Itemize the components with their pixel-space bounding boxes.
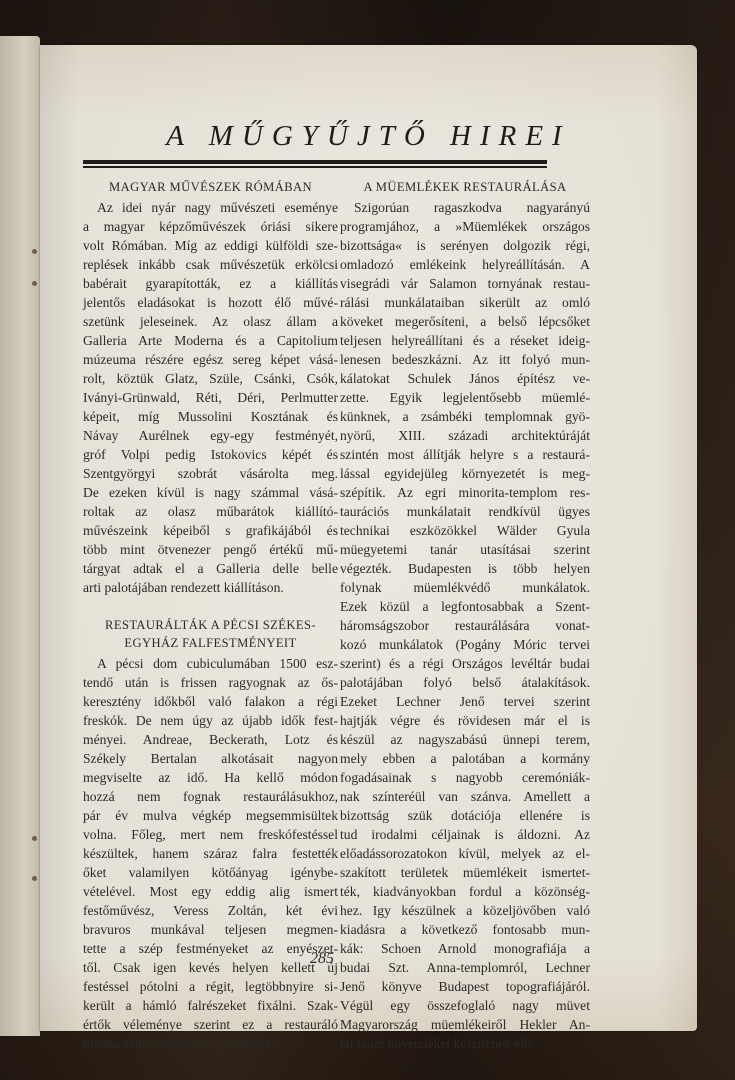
text-line: szerint) és a régi Országos levéltár bud…: [340, 654, 590, 673]
text-line: keresztény időkből való falakon a régi: [83, 692, 338, 711]
text-line: omladozó emlékeink helyreállításán. A: [340, 255, 590, 274]
text-line: folynak müemlékvédő munkálatok.: [340, 578, 590, 597]
text-line: bizottság szük dotációja ellenére is: [340, 806, 590, 825]
text-line: A pécsi dom cubiculumában 1500 esz-: [83, 654, 338, 673]
heading-line: EGYHÁZ FALFESTMÉNYEIT: [124, 636, 296, 650]
text-line: mely ebben a palotában a kormány: [340, 749, 590, 768]
text-line: replések inkább csak művészetük erkölcsi: [83, 255, 338, 274]
text-line: a magyar képzőművészek óriási sikere: [83, 217, 338, 236]
text-line: ték, kiadványokban fordul a közönség-: [340, 882, 590, 901]
text-line: tal tanár növendékei készítenek elő.: [340, 1034, 590, 1053]
text-line: készül az nagyszabású ünnepi terem,: [340, 730, 590, 749]
text-line: teljesen helyreállítani és a réseket ide…: [340, 331, 590, 350]
text-line: kozó munkálatok (Pogány Móric tervei: [340, 635, 590, 654]
text-line: múzeuma részére egész sereg képet vásá-: [83, 350, 338, 369]
text-line: gróf Volpi pedig Istokovics képét és: [83, 445, 338, 464]
text-line: hozzá nem fognak restaurálásukhoz,: [83, 787, 338, 806]
text-line: nak színteréül van szánva. Amellett a: [340, 787, 590, 806]
text-line: szakított területek müemlékeit ismertet-: [340, 863, 590, 882]
text-line: künknek, a zsámbéki templomnak gyö-: [340, 407, 590, 426]
text-line: lenesen bedeszkázni. Az itt folyó mun-: [340, 350, 590, 369]
text-line: Szigorúan ragaszkodva nagyarányú: [340, 198, 590, 217]
text-line: képeit, míg Mussolini Kosztának és: [83, 407, 338, 426]
text-line: taurációs munkálatait rendkívül ügyes: [340, 502, 590, 521]
text-line: rálási munkálataiban sikerült az omló: [340, 293, 590, 312]
text-line: kák: Schoen Arnold monografiája a: [340, 939, 590, 958]
text-line: Ezeket Lechner Jenő tervei szerint: [340, 692, 590, 711]
section-heading-romaban: MAGYAR MŰVÉSZEK RÓMÁBAN: [83, 178, 338, 196]
text-line: Návay Aurélnek egy-egy festményét,: [83, 426, 338, 445]
text-line: tárgyat adtak el a Galleria delle belle: [83, 559, 338, 578]
binding-hole: [32, 876, 37, 881]
text-line: megviselte az idő. Ha kellő módon: [83, 768, 338, 787]
text-line: ményei. Andreae, Beckerath, Lotz és: [83, 730, 338, 749]
text-line: től. Csak igen kevés helyen kellett új: [83, 958, 338, 977]
text-line: Ezek közül a legfontosabbak a Szent-: [340, 597, 590, 616]
text-line: arti palotájában rendezett kiállításon.: [83, 578, 338, 597]
text-line: rolt, köztük Glatz, Szüle, Csánki, Csók,: [83, 369, 338, 388]
binding-hole: [32, 836, 37, 841]
text-line: kálatokat Schulek János építész ve-: [340, 369, 590, 388]
text-line: nyörű, XIII. századi architektúráját: [340, 426, 590, 445]
text-line: volna. Főleg, mert nem freskófestéssel: [83, 825, 338, 844]
article-muemlekek: Szigorúan ragaszkodva nagyarányúprogramj…: [340, 198, 590, 1053]
text-line: végezték. Budapesten is több helyen: [340, 559, 590, 578]
text-line: De ezeken kívül is nagy számmal vásá-: [83, 483, 338, 502]
text-line: roltak az olasz műbarátok kiállító-: [83, 502, 338, 521]
text-line: több mint ötvenezer pengő értékű mű-: [83, 540, 338, 559]
text-line: palotájában folyó belső átalakítások.: [340, 673, 590, 692]
right-column: A MÜEMLÉKEK RESTAURÁLÁSA Szigorúan ragas…: [340, 178, 590, 1053]
text-line: Szentgyörgyi szobrát vásárolta meg.: [83, 464, 338, 483]
text-line: tendő után is frissen ragyognak az ős-: [83, 673, 338, 692]
text-line: hajtják végre és rövidesen már el is: [340, 711, 590, 730]
text-line: Székely Bertalan alkotásait nagyon: [83, 749, 338, 768]
text-line: kiadásra a következő fontosabb mun-: [340, 920, 590, 939]
text-line: munka szinte korszakos jelentőségű.: [83, 1034, 338, 1053]
text-line: jelentős eladásokat is hozott élő művé-: [83, 293, 338, 312]
article-romaban: Az idei nyár nagy művészeti eseményea ma…: [83, 198, 338, 597]
text-line: lással egyidejüleg környezetét is meg-: [340, 464, 590, 483]
text-line: szépítik. Az egri minorita-templom res-: [340, 483, 590, 502]
section-heading-muemlekek: A MÜEMLÉKEK RESTAURÁLÁSA: [340, 178, 590, 196]
text-line: visegrádi vár Salamon tornyának restau-: [340, 274, 590, 293]
text-line: müegyetemi tanár utasításai szerint: [340, 540, 590, 559]
text-line: Jenő könyve Budapest topografiájáról.: [340, 977, 590, 996]
text-line: szetünk jeleseinek. Az olasz állam a: [83, 312, 338, 331]
heading-line: RESTAURÁLTÁK A PÉCSI SZÉKES-: [105, 618, 316, 632]
text-line: tette a szép festményeket az enyészet-: [83, 939, 338, 958]
section-heading-pecs: RESTAURÁLTÁK A PÉCSI SZÉKES- EGYHÁZ FALF…: [83, 616, 338, 652]
text-line: tud irodalmi céljainak is áldozni. Az: [340, 825, 590, 844]
text-line: festéssel pótolni a régit, legtöbbnyire …: [83, 977, 338, 996]
magazine-page: A MŰGYŰJTŐ HIREI MAGYAR MŰVÉSZEK RÓMÁBAN…: [40, 45, 697, 1031]
page-title: A MŰGYŰJTŐ HIREI: [40, 120, 697, 153]
text-line: technikai eszközökkel Wälder Gyula: [340, 521, 590, 540]
text-line: készültek, hanem száraz falra festették: [83, 844, 338, 863]
text-line: hez. Igy készülnek a közeljövőben való: [340, 901, 590, 920]
title-rule-thick: [83, 160, 547, 164]
text-line: vételével. Most egy eddig alig ismert: [83, 882, 338, 901]
text-line: Az idei nyár nagy művészeti eseménye: [83, 198, 338, 217]
text-line: budai Szt. Anna-templomról, Lechner: [340, 958, 590, 977]
text-line: Iványi-Grünwald, Réti, Déri, Perlmutter: [83, 388, 338, 407]
binding-hole: [32, 249, 37, 254]
binding-hole: [32, 281, 37, 286]
text-line: bizottsága« is serényen dolgozik régi,: [340, 236, 590, 255]
left-column: MAGYAR MŰVÉSZEK RÓMÁBAN Az idei nyár nag…: [83, 178, 338, 1053]
text-line: őket valamilyen kötőányag igénybe-: [83, 863, 338, 882]
text-line: festőművész, Veress Zoltán, két évi: [83, 901, 338, 920]
text-line: babérait gyarapították, ez a kiállítás: [83, 274, 338, 293]
text-line: köveket megerősíteni, a belső lépcsőket: [340, 312, 590, 331]
text-line: Galleria Arte Moderna és a Capitolium: [83, 331, 338, 350]
text-line: Végül egy összefoglaló nagy müvet: [340, 996, 590, 1015]
text-line: zette. Egyik legjelentősebb müemlé-: [340, 388, 590, 407]
text-line: fogadásainak s nagyobb ceremóniák-: [340, 768, 590, 787]
text-line: háromságszobor restaurálására vonat-: [340, 616, 590, 635]
text-line: freskók. De nem úgy az újabb idők fest-: [83, 711, 338, 730]
article-pecs: A pécsi dom cubiculumában 1500 esz-tendő…: [83, 654, 338, 1053]
text-line: volt Rómában. Míg az eddigi külföldi sze…: [83, 236, 338, 255]
text-line: értők véleménye szerint ez a restauráló: [83, 1015, 338, 1034]
title-rule-thin: [83, 166, 547, 168]
page-number: 285: [310, 950, 334, 968]
text-line: pár év mulva végkép megsemmisültek: [83, 806, 338, 825]
text-line: bravuros munkával teljesen megmen-: [83, 920, 338, 939]
text-line: Magyarország müemlékeiről Hekler An-: [340, 1015, 590, 1034]
text-line: szintén most állítják helyre s a restaur…: [340, 445, 590, 464]
facing-page-edge: [0, 36, 40, 1036]
text-line: előadássorozatokon kívül, melyek az el-: [340, 844, 590, 863]
text-line: került a hámló falrészeket fixálni. Szak…: [83, 996, 338, 1015]
text-line: művészeink képeiből s grafikájából és: [83, 521, 338, 540]
text-line: programjához, a »Müemlékek országos: [340, 217, 590, 236]
